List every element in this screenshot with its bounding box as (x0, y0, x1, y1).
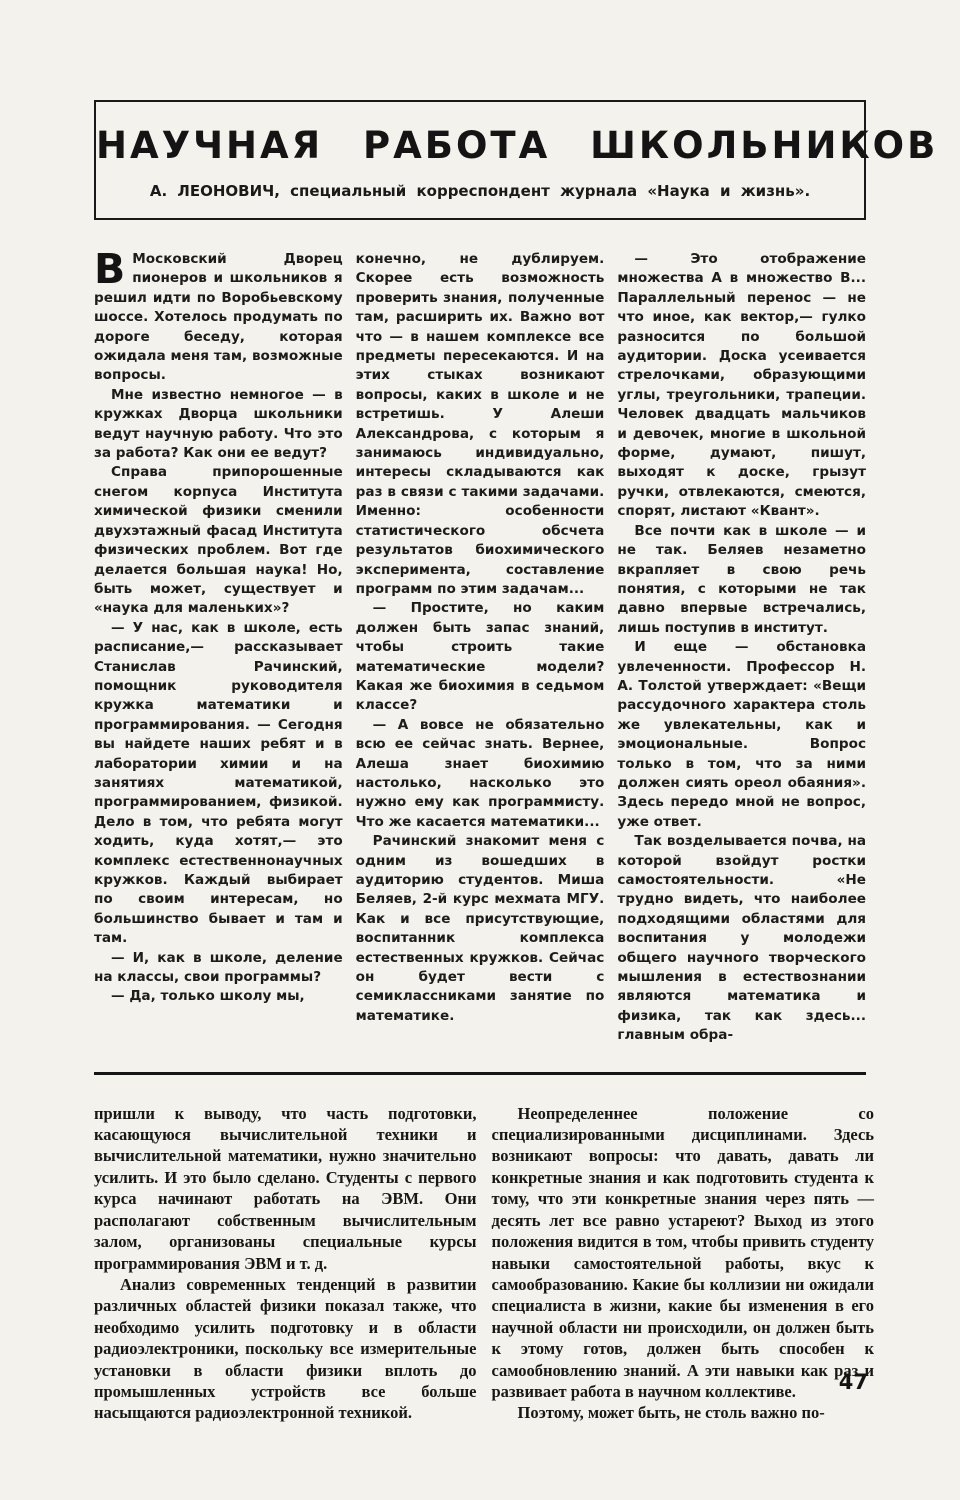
page-number: 47 (839, 1370, 868, 1394)
dropcap-letter: В (94, 250, 132, 286)
column-2: конечно, не дублируем. Скорее есть возмо… (356, 250, 605, 1046)
paragraph: пришли к выводу, что часть подготовки, к… (94, 1103, 477, 1274)
paragraph: Рачинский знакомит меня с одним из вошед… (356, 832, 605, 1026)
paragraph: конечно, не дублируем. Скорее есть возмо… (356, 250, 605, 599)
magazine-page: НАУЧНАЯ РАБОТА ШКОЛЬНИКОВ А. ЛЕОНОВИЧ, с… (0, 0, 960, 1500)
paragraph: Анализ современных тенденций в развитии … (94, 1274, 477, 1424)
section-divider-rule (94, 1072, 866, 1075)
paragraph: — Простите, но каким должен быть запас з… (356, 599, 605, 715)
paragraph: — У нас, как в школе, есть расписание,— … (94, 619, 343, 949)
column-1: В Московский Дворец пионеров и школьнико… (94, 250, 343, 1046)
paragraph: — И, как в школе, деление на классы, сво… (94, 949, 343, 988)
article-bottom-section: пришли к выводу, что часть подготовки, к… (94, 1103, 874, 1424)
bottom-column-1: пришли к выводу, что часть подготовки, к… (94, 1103, 477, 1424)
article-top-section: В Московский Дворец пионеров и школьнико… (94, 250, 866, 1046)
paragraph: — Да, только школу мы, (94, 987, 343, 1006)
bottom-column-2: Неопределеннее положение со специализиро… (492, 1103, 875, 1424)
paragraph: В Московский Дворец пионеров и школьнико… (94, 250, 343, 386)
paragraph: Справа припорошенные снегом корпуса Инст… (94, 463, 343, 618)
paragraph: Все почти как в школе — и не так. Беляев… (617, 522, 866, 638)
paragraph: Поэтому, может быть, не столь важно по- (492, 1402, 875, 1423)
paragraph: — А вовсе не обязательно всю ее сейчас з… (356, 716, 605, 832)
paragraph-text: Московский Дворец пионеров и школьников … (94, 251, 343, 383)
column-3: — Это отображение множества А в множеств… (617, 250, 866, 1046)
paragraph: Неопределеннее положение со специализиро… (492, 1103, 875, 1403)
article-byline: А. ЛЕОНОВИЧ, специальный корреспондент ж… (96, 167, 864, 200)
paragraph: — Это отображение множества А в множеств… (617, 250, 866, 522)
paragraph: И еще — обстановка увлеченности. Професс… (617, 638, 866, 832)
paragraph: Так возделывается почва, на которой взой… (617, 832, 866, 1045)
article-title: НАУЧНАЯ РАБОТА ШКОЛЬНИКОВ (96, 102, 864, 167)
article-header-box: НАУЧНАЯ РАБОТА ШКОЛЬНИКОВ А. ЛЕОНОВИЧ, с… (94, 100, 866, 220)
paragraph: Мне известно немногое — в кружках Дворца… (94, 386, 343, 464)
